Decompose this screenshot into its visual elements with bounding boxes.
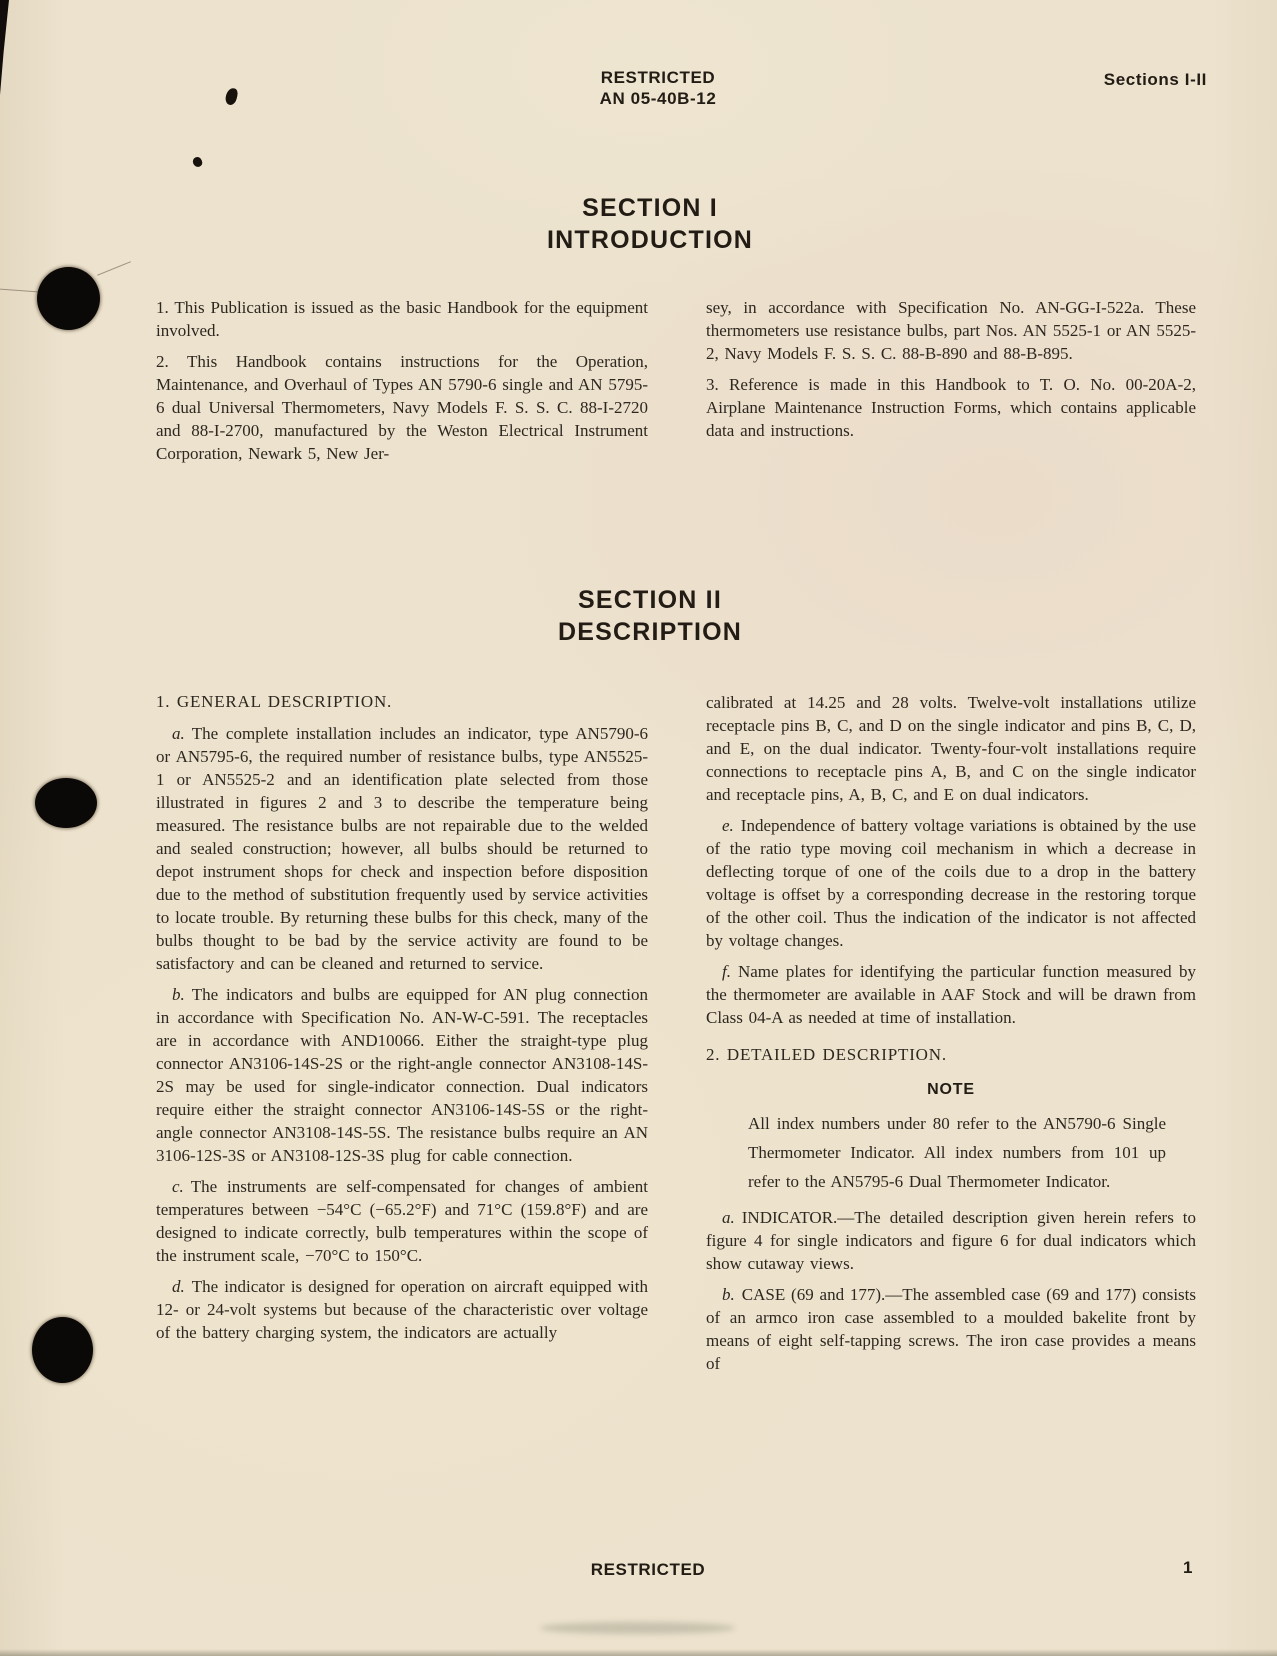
scan-smudge — [540, 1622, 735, 1634]
section2-right-column: calibrated at 14.25 and 28 volts. Twelve… — [706, 691, 1196, 1383]
section2-left-column: 1. GENERAL DESCRIPTION. a.The complete i… — [156, 690, 648, 1352]
paragraph: sey, in accordance with Specification No… — [706, 296, 1196, 365]
paragraph-text: The instruments are self-compensated for… — [156, 1177, 648, 1265]
paragraph-marker: f. — [722, 962, 731, 981]
section1-title: SECTION I — [582, 194, 718, 222]
paragraph-marker: c. — [172, 1177, 184, 1196]
paragraph: b.CASE (69 and 177).—The assembled case … — [706, 1283, 1196, 1375]
paragraph-marker: a. — [172, 724, 185, 743]
paragraph-marker: a. — [722, 1208, 735, 1227]
paragraph-marker: b. — [172, 985, 185, 1004]
paragraph-marker: d. — [172, 1277, 185, 1296]
paragraph: 2. This Handbook contains instructions f… — [156, 350, 648, 465]
paragraph-text: The indicator is designed for operation … — [156, 1277, 648, 1342]
punch-hole — [32, 1317, 93, 1383]
scan-edge-artifact — [0, 0, 9, 95]
paragraph-text: Name plates for identifying the particul… — [706, 962, 1196, 1027]
subsection-heading: 1. GENERAL DESCRIPTION. — [156, 690, 648, 713]
section1-subtitle: INTRODUCTION — [547, 226, 753, 254]
paragraph: c.The instruments are self-compensated f… — [156, 1175, 648, 1267]
paragraph-marker: b. — [722, 1285, 735, 1304]
note-label: NOTE — [706, 1078, 1196, 1101]
paragraph-text: CASE (69 and 177).—The assembled case (6… — [706, 1285, 1196, 1373]
punch-hole — [37, 267, 100, 330]
ink-speck — [224, 87, 239, 106]
paragraph: calibrated at 14.25 and 28 volts. Twelve… — [706, 691, 1196, 806]
paragraph: 1. This Publication is issued as the bas… — [156, 296, 648, 342]
header-doc-number: AN 05-40B-12 — [600, 89, 717, 109]
header-sections-label: Sections I-II — [1104, 70, 1207, 90]
page-number: 1 — [1183, 1558, 1192, 1578]
subsection-heading: 2. DETAILED DESCRIPTION. — [706, 1043, 1196, 1066]
paragraph: b.The indicators and bulbs are equipped … — [156, 983, 648, 1167]
paragraph-marker: e. — [722, 816, 734, 835]
paragraph-text: The indicators and bulbs are equipped fo… — [156, 985, 648, 1165]
ink-speck — [192, 156, 204, 168]
note-text: All index numbers under 80 refer to the … — [748, 1109, 1166, 1196]
paragraph: e.Independence of battery voltage variat… — [706, 814, 1196, 952]
paragraph: a.The complete installation includes an … — [156, 722, 648, 975]
paper-scratch — [97, 261, 131, 275]
punch-hole — [35, 778, 97, 828]
scanned-manual-page: RESTRICTED AN 05-40B-12 Sections I-II SE… — [0, 0, 1277, 1656]
paragraph-text: Independence of battery voltage variatio… — [706, 816, 1196, 950]
paragraph-text: The complete installation includes an in… — [156, 724, 648, 973]
footer-classification: RESTRICTED — [591, 1560, 706, 1580]
scan-edge-artifact — [0, 1649, 1277, 1656]
section1-left-column: 1. This Publication is issued as the bas… — [156, 296, 648, 473]
paper-scratch — [0, 289, 38, 293]
paragraph-text: INDICATOR.—The detailed description give… — [706, 1208, 1196, 1273]
paragraph: 3. Reference is made in this Handbook to… — [706, 373, 1196, 442]
paragraph: a.INDICATOR.—The detailed description gi… — [706, 1206, 1196, 1275]
paragraph: f.Name plates for identifying the partic… — [706, 960, 1196, 1029]
section2-title: SECTION II — [578, 586, 722, 614]
paragraph: d.The indicator is designed for operatio… — [156, 1275, 648, 1344]
section1-right-column: sey, in accordance with Specification No… — [706, 296, 1196, 450]
header-classification: RESTRICTED — [601, 68, 716, 88]
section2-subtitle: DESCRIPTION — [558, 618, 742, 646]
